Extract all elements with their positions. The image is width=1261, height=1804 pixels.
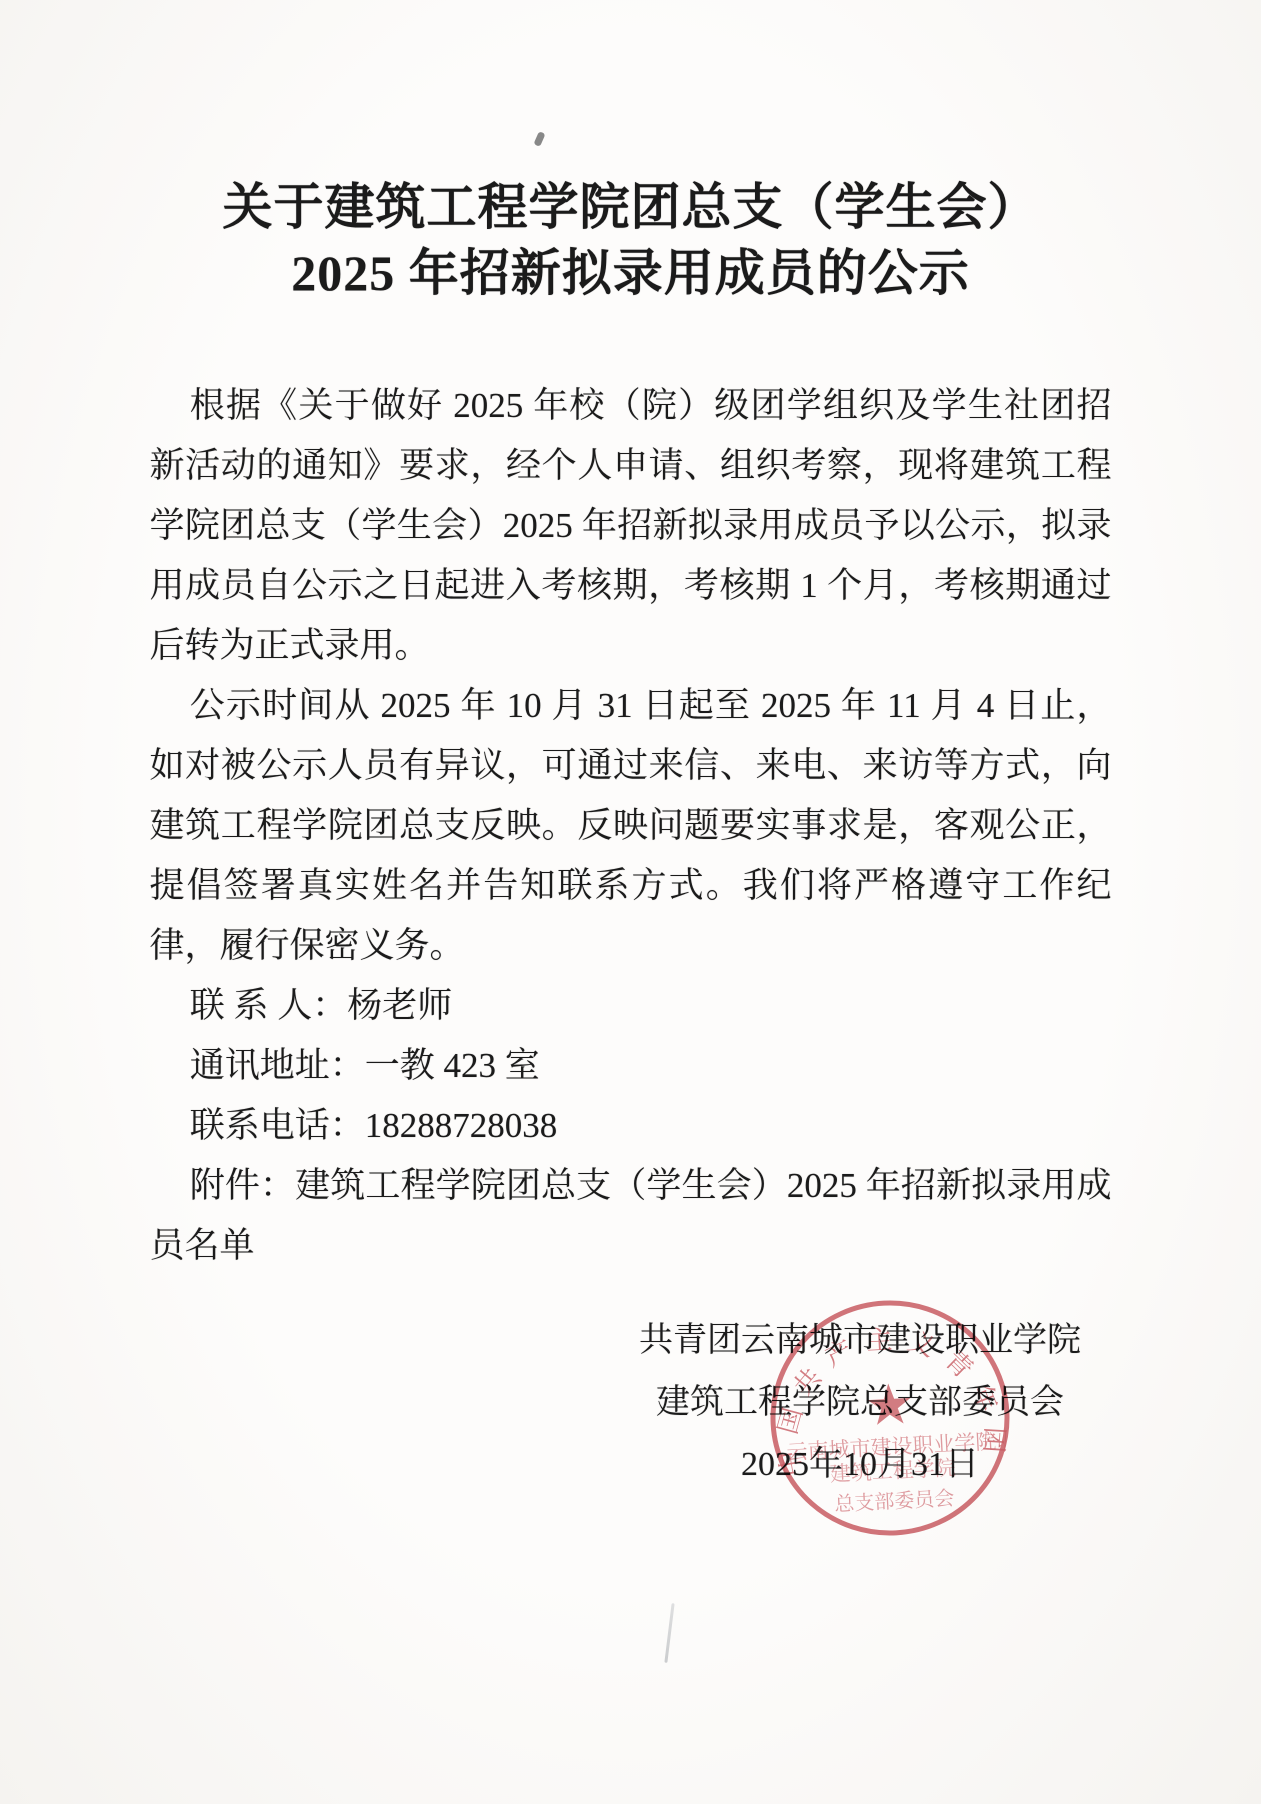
document-body: 根据《关于做好 2025 年校（院）级团学组织及学生社团招新活动的通知》要求，经… <box>150 376 1112 1276</box>
title-line-1: 关于建筑工程学院团总支（学生会） <box>0 174 1261 240</box>
contact-phone-line: 联系电话：18288728038 <box>150 1096 1112 1156</box>
scan-scratch <box>664 1603 674 1663</box>
contact-phone-label: 联系电话： <box>190 1106 365 1145</box>
contact-phone-value: 18288728038 <box>365 1106 558 1145</box>
scanned-document-page: 关于建筑工程学院团总支（学生会） 2025 年招新拟录用成员的公示 根据《关于做… <box>0 0 1261 1804</box>
document-title: 关于建筑工程学院团总支（学生会） 2025 年招新拟录用成员的公示 <box>0 174 1261 306</box>
body-paragraph-2: 公示时间从 2025 年 10 月 31 日起至 2025 年 11 月 4 日… <box>150 676 1112 976</box>
body-paragraph-1: 根据《关于做好 2025 年校（院）级团学组织及学生社团招新活动的通知》要求，经… <box>150 376 1112 676</box>
signature-date: 2025年10月31日 <box>560 1434 1160 1496</box>
signature-block: 共青团云南城市建设职业学院 建筑工程学院总支部委员会 2025年10月31日 <box>560 1310 1160 1496</box>
contact-address-value: 一教 423 室 <box>365 1046 540 1085</box>
attachment-line: 附件：建筑工程学院团总支（学生会）2025 年招新拟录用成员名单 <box>150 1156 1112 1276</box>
contact-person-label: 联 系 人： <box>190 986 348 1025</box>
contact-address-line: 通讯地址：一教 423 室 <box>150 1036 1112 1096</box>
contact-address-label: 通讯地址： <box>190 1046 365 1085</box>
signature-org-line-1: 共青团云南城市建设职业学院 <box>560 1310 1160 1372</box>
scan-speck <box>533 131 545 147</box>
contact-person-line: 联 系 人：杨老师 <box>150 976 1112 1036</box>
signature-org-line-2: 建筑工程学院总支部委员会 <box>560 1372 1160 1434</box>
contact-person-value: 杨老师 <box>347 986 452 1025</box>
title-line-2: 2025 年招新拟录用成员的公示 <box>0 240 1261 306</box>
